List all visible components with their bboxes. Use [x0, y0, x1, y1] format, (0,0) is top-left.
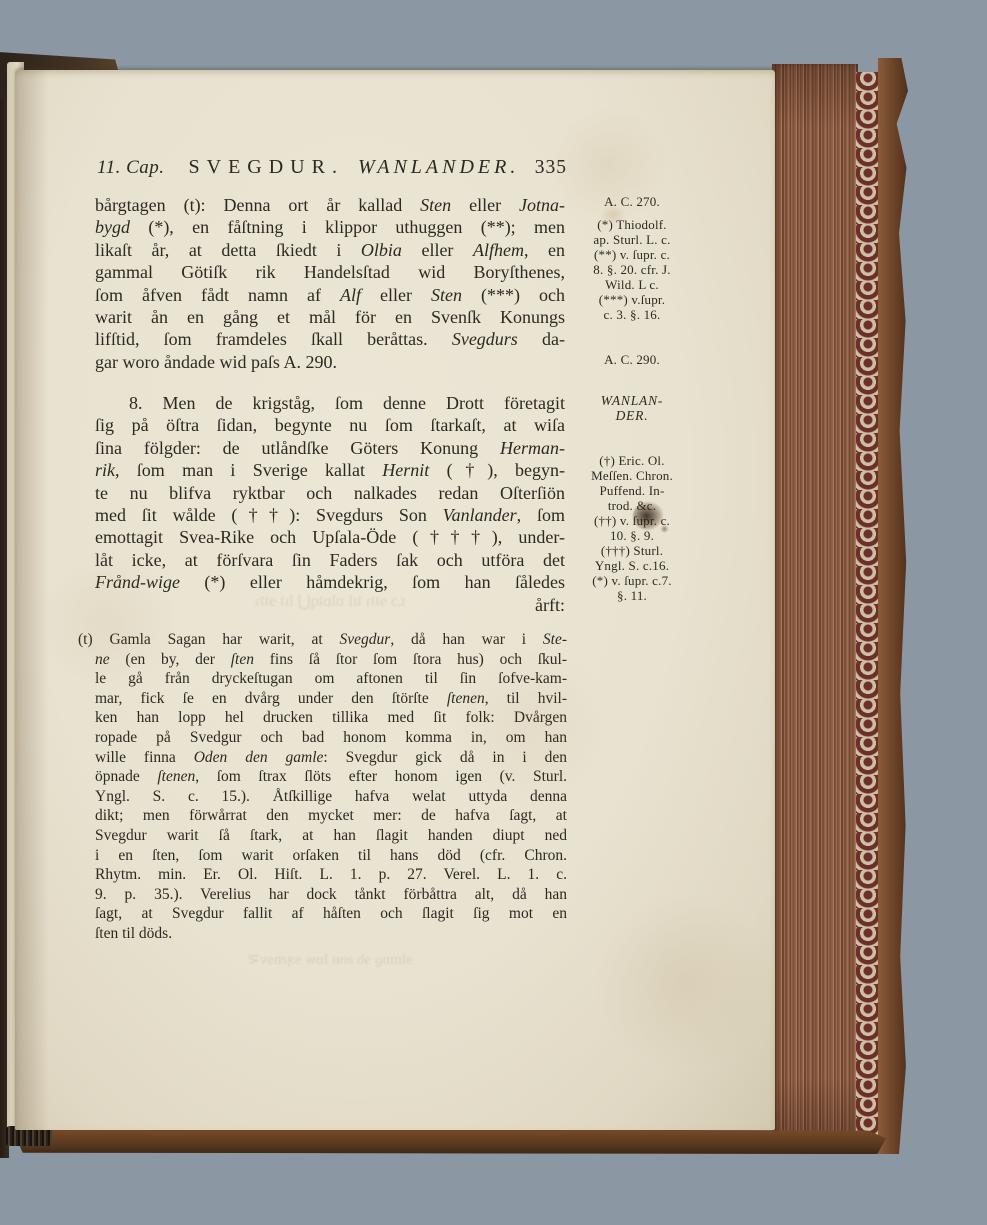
paragraph-1: bårgtagen (t): Denna ort år kallad Sten … [95, 194, 565, 373]
margin-note-line: 8. §. 20. cfr. J. [563, 262, 701, 277]
running-head-wanlander: WANLAN-DER. [563, 393, 701, 423]
text-line: Rhytm. min. Er. Ol. Hiſt. L. 1. p. 27. V… [95, 865, 567, 885]
text-line: ropade på Svedgur och bad honom komma in… [95, 728, 567, 748]
paragraph-2: 8. Men de krigståg, ſom denne Drott före… [95, 392, 565, 616]
text-line: wille finna Oden den gamle: Svegdur gick… [95, 748, 567, 768]
margin-note-line: trod. &c. [563, 498, 701, 513]
text-line: ſig på öſtra ſidan, begynte nu ſom ſtark… [95, 414, 565, 436]
text-line: emottagit Svea-Rike och Upſala-Öde (†††)… [95, 526, 565, 548]
margin-note-line: Yngl. S. c.16. [563, 558, 701, 573]
note-asterisk-2: (*) v. ſupr. c.7.§. 11. [563, 573, 701, 603]
text-line: likaſt år, at detta ſkiedt i Olbia eller… [95, 239, 565, 261]
text-line: Frånd-wige (*) eller håmdekrig, ſom han … [95, 571, 565, 593]
text-line: Yngl. S. c. 15.). Åtſkillige hafva welat… [95, 787, 567, 807]
margin-note-line: (†††) Sturl. [563, 543, 701, 558]
text-line: dikt; men förwårrat den mycket mer: de h… [95, 806, 567, 826]
margin-note-line: (††) v. ſupr. c. [563, 513, 701, 528]
year-note-290: A. C. 290. [563, 352, 701, 367]
text-line: ne (en by, der ſten fins ſå ſtor ſom ſto… [95, 650, 567, 670]
margin-note-line: (*) v. ſupr. c.7. [563, 573, 701, 588]
margin-note-line: Puffend. In- [563, 483, 701, 498]
text-line: låt icke, at förſvara ſin Faders ſak och… [95, 549, 565, 571]
margin-notes-column: A. C. 270.(*) Thiodolf.ap. Sturl. L. c.(… [563, 194, 701, 603]
book-page: 11. Cap. SVEGDUR. WANLANDER. 335 bårgtag… [15, 70, 775, 1130]
margin-note-line: A. C. 270. [563, 194, 701, 209]
margin-note-line: §. 11. [563, 588, 701, 603]
margin-note-line: (***) v.ſupr. [563, 292, 701, 307]
running-title-wanlander: WANLANDER. [358, 156, 519, 179]
note-double-dagger: (††) v. ſupr. c.10. §. 9. [563, 513, 701, 543]
photo-background: 11. Cap. SVEGDUR. WANLANDER. 335 bårgtag… [0, 0, 987, 1225]
note-dagger: (†) Eric. Ol.Meſſen. Chron.Puffend. In-t… [563, 453, 701, 513]
book-fore-edge-pages [772, 64, 858, 1142]
note-triple-dagger: (†††) Sturl.Yngl. S. c.16. [563, 543, 701, 573]
note-asterisk: (*) Thiodolf.ap. Sturl. L. c. [563, 217, 701, 247]
text-line: bygd (*), en fåſtning i klippor uthuggen… [95, 216, 565, 238]
margin-note-line: Meſſen. Chron. [563, 468, 701, 483]
text-line: warit ån en gång et mål för en Svenſk Ko… [95, 306, 565, 328]
margin-note-line: ap. Sturl. L. c. [563, 232, 701, 247]
text-line: mar, fick ſe en dvårg under den ſtörſte … [95, 689, 567, 709]
margin-note-line: (†) Eric. Ol. [563, 453, 701, 468]
text-line: lifſtid, ſom framdeles ſkall beråttas. S… [95, 328, 565, 350]
running-title-svegdur: SVEGDUR. [189, 156, 344, 179]
text-line: med ſit wålde (††): Svegdurs Son Vanland… [95, 504, 565, 526]
book-cover-edge-right [878, 58, 908, 1154]
foxing-spot [600, 205, 626, 225]
text-line: öpnade ſtenen, ſom ſtrax ſlöts efter hon… [95, 767, 567, 787]
text-line: 8. Men de krigståg, ſom denne Drott före… [95, 392, 565, 414]
text-line: ſom åfven fådt namn af Alf eller Sten (*… [95, 284, 565, 306]
text-line: te nu blifva ryktbar och nalkades redan … [95, 482, 565, 504]
text-line: bårgtagen (t): Denna ort år kallad Sten … [95, 194, 565, 216]
marbled-endpaper-edge [856, 72, 880, 1136]
text-line: ſten til döds. [95, 924, 567, 944]
margin-note-line: WANLAN- [563, 393, 701, 408]
text-line: Svegdur warit ſå ſtark, at han ſlagit ha… [95, 826, 567, 846]
show-through-text: ɘlmɒϱ ɘb ƨoʜ lɒw ɘʞƨnɘv⋜ [95, 950, 565, 970]
footnote-block: (t) Gamla Sagan har warit, at Svegdur, d… [95, 630, 567, 944]
text-line: le gå från dryckeſtugan om aftonen til ſ… [95, 669, 567, 689]
margin-note-line: 10. §. 9. [563, 528, 701, 543]
text-line: ken han lopp hel drucken tillika med ſit… [95, 708, 567, 728]
book-cover-edge-bottom [14, 1128, 886, 1154]
text-line: 9. p. 35.). Verelius har dock tånkt förb… [95, 885, 567, 905]
margin-note-line: Wild. L c. [563, 277, 701, 292]
text-line: årft: [95, 594, 565, 616]
text-line: i en ſten, ſom warit orſaken til hans dö… [95, 846, 567, 866]
text-line: gar woro åndade wid paſs A. 290. [95, 351, 565, 373]
ink-speck [660, 525, 669, 533]
page-number: 335 [535, 157, 567, 179]
margin-note-line: DER. [563, 408, 701, 423]
year-note-270: A. C. 270. [563, 194, 701, 209]
text-line: ſina fölgder: de utlåndſke Göters Konung… [95, 437, 565, 459]
margin-note-line: c. 3. §. 16. [563, 307, 701, 322]
note-triple-asterisk: (***) v.ſupr.c. 3. §. 16. [563, 292, 701, 322]
margin-note-line: A. C. 290. [563, 352, 701, 367]
text-line: ſagt, at Svegdur fallit af håſten och ſl… [95, 904, 567, 924]
text-line: gammal Götiſk rik Handelsſtad wid Boryſt… [95, 261, 565, 283]
page-header: 11. Cap. SVEGDUR. WANLANDER. 335 [97, 156, 567, 179]
margin-note-line: (*) Thiodolf. [563, 217, 701, 232]
text-line: rik, ſom man i Sverige kallat Hernit (†)… [95, 459, 565, 481]
note-double-asterisk: (**) v. ſupr. c.8. §. 20. cfr. J.Wild. L… [563, 247, 701, 292]
text-line: (t) Gamla Sagan har warit, at Svegdur, d… [78, 630, 567, 650]
chapter-label: 11. Cap. [97, 157, 165, 179]
margin-note-line: (**) v. ſupr. c. [563, 247, 701, 262]
